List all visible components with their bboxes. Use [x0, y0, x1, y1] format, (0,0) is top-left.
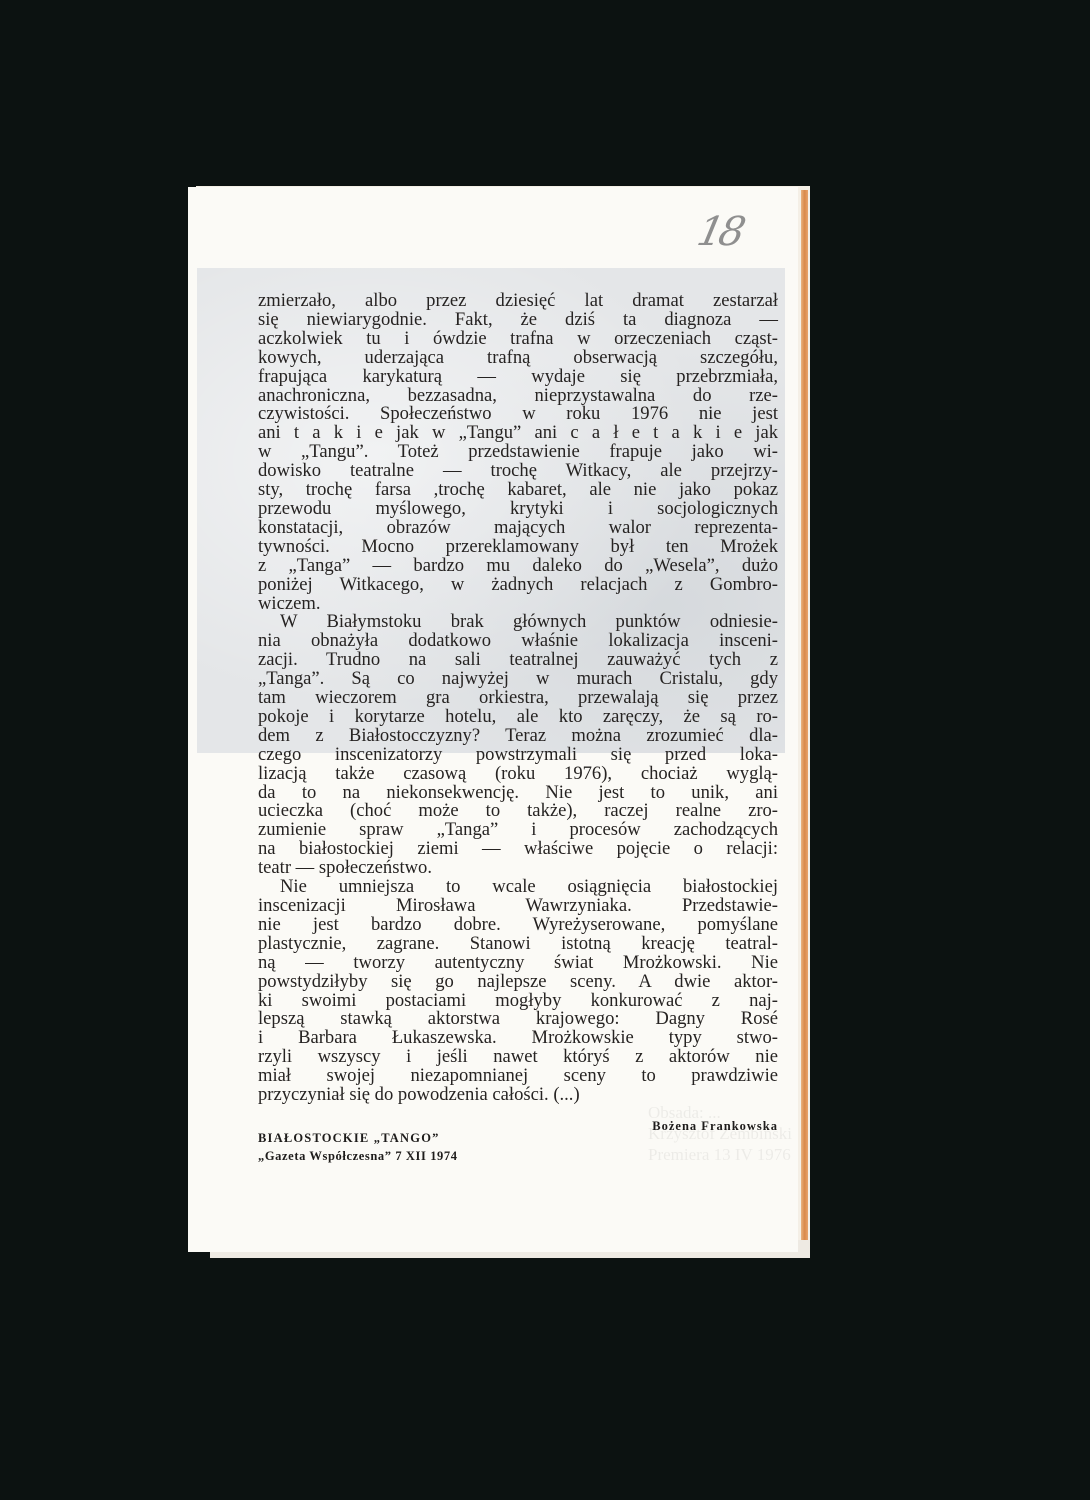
article-line: kowych, uderzająca trafną obserwacją szc…: [258, 349, 778, 368]
article-line: z „Tanga” — bardzo mu daleko do „Wesela”…: [258, 557, 778, 576]
handwritten-page-number: 18: [693, 209, 746, 255]
article-line: lizacją także czasową (roku 1976), choci…: [258, 765, 778, 784]
article-line: plastycznie, zagrane. Stanowi istotną kr…: [258, 935, 778, 954]
article-line: się niewiarygodnie. Fakt, że dziś ta dia…: [258, 311, 778, 330]
source-publication: „Gazeta Współczesna” 7 XII 1974: [258, 1149, 458, 1164]
article-line: czego inscenizatorzy powstrzymali się pr…: [258, 746, 778, 765]
author-signature: Bożena Frankowska: [578, 1119, 778, 1134]
article-line: nie jest bardzo dobre. Wyreżyserowane, p…: [258, 916, 778, 935]
scanned-page: 18 Obsada: ... Krzysztof Zembiński ... P…: [188, 187, 798, 1252]
article-line: przyczyniał się do powodzenia całości. (…: [258, 1086, 778, 1105]
article-line: tywności. Mocno przereklamowany był ten …: [258, 538, 778, 557]
article-line: pokoje i korytarze hotelu, ale kto zaręc…: [258, 708, 778, 727]
article-line: powstydziłyby się go najlepsze sceny. A …: [258, 973, 778, 992]
source-title: BIAŁOSTOCKIE „TANGO”: [258, 1131, 440, 1146]
article-line: dem z Białostocczyzny? Teraz można zrozu…: [258, 727, 778, 746]
article-line: konstatacji, obrazów mających walor repr…: [258, 519, 778, 538]
article-body: zmierzało, albo przez dziesięć lat drama…: [258, 292, 778, 1105]
article-line: aczkolwiek tu i ówdzie trafna w orzeczen…: [258, 330, 778, 349]
article-line: poniżej Witkacego, w żadnych relacjach z…: [258, 576, 778, 595]
article-line: ną — tworzy autentyczny świat Mrożkowski…: [258, 954, 778, 973]
article-line: frapująca karykaturą — wydaje się przebr…: [258, 368, 778, 387]
orange-page-edge: [801, 190, 808, 1250]
